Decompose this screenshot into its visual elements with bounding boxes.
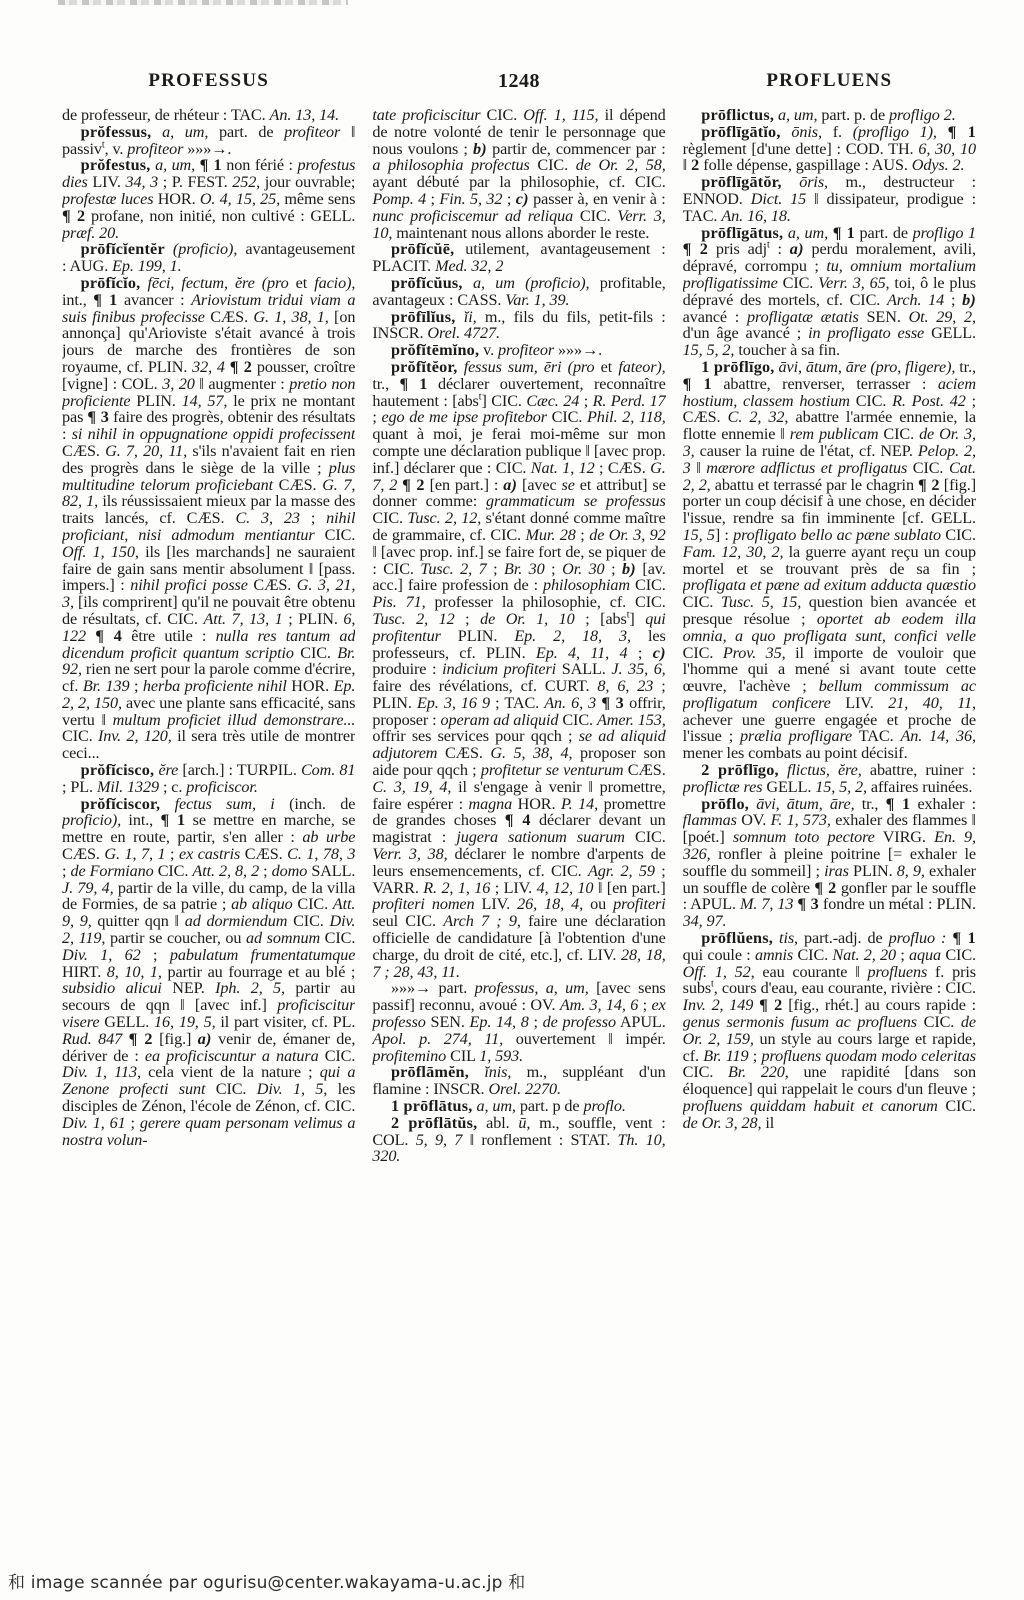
page-header: PROFESSUS 1248 PROFLUENS xyxy=(62,70,976,93)
header-right-headword: PROFLUENS xyxy=(683,70,976,93)
page-number: 1248 xyxy=(372,70,665,93)
dictionary-entry: prōfĭcĭo, fēci, fectum, ĕre (pro et faci… xyxy=(62,275,355,762)
column-middle: tate proficiscitur CIC. Off. 1, 115, il … xyxy=(372,107,665,1548)
dictionary-entry: tate proficiscitur CIC. Off. 1, 115, il … xyxy=(372,107,665,241)
text-columns: de professeur, de rhéteur : TAC. An. 13,… xyxy=(62,107,976,1548)
dictionary-entry: prōflictus, a, um, part. p. de profligo … xyxy=(683,107,976,124)
dictionary-entry: prōflāmĕn, ĭnis, m., suppléant d'un flam… xyxy=(372,1064,665,1098)
dictionary-entry: prōfīlĭus, ĭi, m., fils du fils, petit-f… xyxy=(372,309,665,343)
dictionary-entry: prōfĭcŭē, utilement, avantageusement : P… xyxy=(372,241,665,275)
dictionary-entry: prŏfĭciscor, fectus sum, i (inch. de pro… xyxy=(62,796,355,1149)
header-left-headword: PROFESSUS xyxy=(62,70,355,93)
dictionary-entry: 2 prōflīgo, flictus, ĕre, abattre, ruine… xyxy=(683,762,976,796)
dictionary-entry: prōflo, āvi, ātum, āre, tr., ¶ 1 exhaler… xyxy=(683,796,976,930)
dictionary-entry: prŏfestus, a, um, ¶ 1 non férié : profes… xyxy=(62,157,355,241)
dictionary-entry: prōflŭens, tis, part.-adj. de profluo : … xyxy=(683,930,976,1132)
dictionary-entry: de professeur, de rhéteur : TAC. An. 13,… xyxy=(62,107,355,124)
dictionary-entry: prōflīgātŏr, ōris, m., destructeur : ENN… xyxy=(683,174,976,224)
dictionary-entry: prōflīgātus, a, um, ¶ 1 part. de proflig… xyxy=(683,225,976,359)
dictionary-entry: 1 prōflātus, a, um, part. p de proflo. xyxy=(372,1098,665,1115)
dictionary-entry: 1 prōflīgo, āvi, ātum, āre (pro, fligere… xyxy=(683,359,976,762)
column-left: de professeur, de rhéteur : TAC. An. 13,… xyxy=(62,107,355,1548)
dictionary-entry: prŏfĭtĕor, fessus sum, ēri (pro et fateo… xyxy=(372,359,665,980)
dictionary-entry: prŏfessus, a, um, part. de profiteor ‖ p… xyxy=(62,124,355,158)
scan-noise-artifact xyxy=(58,0,348,5)
dictionary-entry: prŏfĭcisco, ĕre [arch.] : TURPIL. Com. 8… xyxy=(62,762,355,796)
dictionary-entry: prŏfĭtēmĭno, v. profiteor »»»→. xyxy=(372,342,665,359)
dictionary-page-scan: PROFESSUS 1248 PROFLUENS de professeur, … xyxy=(0,0,1024,1600)
column-right: prōflictus, a, um, part. p. de profligo … xyxy=(683,107,976,1548)
dictionary-entry: prōfĭcŭus, a, um (proficio), profitable,… xyxy=(372,275,665,309)
scan-credit: 和 image scannée par ogurisu@center.wakay… xyxy=(8,1568,525,1593)
dictionary-entry: 2 prōflātŭs, abl. ū, m., souffle, vent :… xyxy=(372,1115,665,1165)
dictionary-entry: »»»→ part. professus, a, um, [avec sens … xyxy=(372,980,665,1064)
dictionary-entry: prōfĭcĭentĕr (proficio), avantageusement… xyxy=(62,241,355,275)
dictionary-entry: prōflīgātĭo, ōnis, f. (profligo 1), ¶ 1 … xyxy=(683,124,976,174)
